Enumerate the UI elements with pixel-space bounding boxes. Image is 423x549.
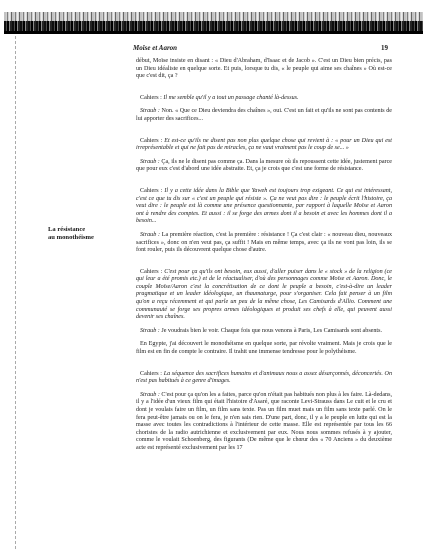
speaker-label: Cahiers :	[140, 95, 163, 101]
paragraph: Cahiers : La séquence des sacrifices hum…	[136, 371, 392, 386]
paragraph: En Egypte, j'ai découvert le monothéisme…	[136, 341, 392, 356]
paragraph: Straub : C'est pour ça qu'on les a faite…	[136, 392, 392, 453]
speaker-label: Cahiers :	[140, 269, 164, 275]
speaker-label: Straub :	[140, 159, 161, 165]
paragraph-text: C'est pour ça qu'ils ont besoin, eux aus…	[136, 269, 392, 321]
paragraph-text: Je voudrais bien le voir. Chaque fois qu…	[161, 328, 382, 334]
paragraph: Cahiers : Il me semble qu'il y a tout un…	[136, 95, 392, 103]
paragraph: Straub : La première réaction, c'est la …	[136, 232, 392, 255]
article-body: début, Moïse insiste en disant : « Dieu …	[136, 58, 392, 459]
paragraph-text: Non. « Que ce Dieu deviendra des chaînes…	[136, 108, 392, 122]
margin-rule	[15, 36, 17, 549]
paragraph-text: C'est pour ça qu'on les a faites, parce …	[136, 392, 392, 451]
paragraph: Cahiers : Il y a cette idée dans la Bibl…	[136, 188, 392, 226]
paragraph: début, Moïse insiste en disant : « Dieu …	[136, 58, 392, 81]
paragraph: Cahiers : Et est-ce qu'ils ne disent pas…	[136, 138, 392, 153]
paragraph: Straub : Non. « Que ce Dieu deviendra de…	[136, 108, 392, 123]
running-title: Moïse et Aaron	[133, 44, 177, 52]
paragraph-text: Ça, ils ne le disent pas comme ça. Dans …	[136, 159, 392, 173]
paragraph: Straub : Je voudrais bien le voir. Chaqu…	[136, 328, 392, 336]
section-title-line-1: La résistance	[48, 226, 94, 234]
scan-edge-band	[4, 12, 423, 34]
paragraph-text: En Egypte, j'ai découvert le monothéisme…	[136, 341, 392, 355]
paragraph-text: début, Moïse insiste en disant : « Dieu …	[136, 58, 392, 79]
speaker-label: Cahiers :	[140, 138, 164, 144]
speaker-label: Cahiers :	[140, 371, 164, 377]
paragraph-text: La séquence des sacrifices humains et d'…	[136, 371, 392, 385]
page-number: 19	[381, 44, 388, 52]
speaker-label: Straub :	[140, 392, 161, 398]
paragraph-text: La première réaction, c'est la première …	[136, 232, 392, 253]
speaker-label: Straub :	[140, 108, 161, 114]
paragraph-text: Il me semble qu'il y a tout un passage c…	[163, 95, 298, 101]
speaker-label: Straub :	[140, 232, 162, 238]
paragraph-text: Il y a cette idée dans la Bible que Yawe…	[136, 188, 392, 224]
speaker-label: Straub :	[140, 328, 161, 334]
paragraph: Cahiers : C'est pour ça qu'ils ont besoi…	[136, 269, 392, 322]
section-title-line-2: au monothéisme	[48, 234, 94, 242]
paragraph-text: Et est-ce qu'ils ne disent pas non plus …	[136, 138, 392, 152]
speaker-label: Cahiers :	[140, 188, 164, 194]
section-side-title: La résistance au monothéisme	[48, 226, 94, 242]
paragraph: Straub : Ça, ils ne le disent pas comme …	[136, 159, 392, 174]
